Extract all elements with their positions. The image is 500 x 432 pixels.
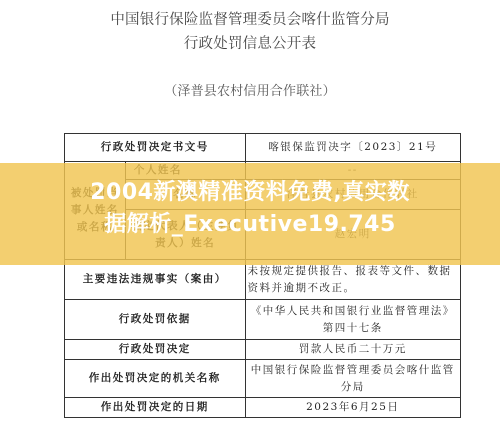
penalty-basis-value: 《中华人民共和国银行业监督管理法》第四十七条: [245, 300, 460, 340]
table-row: 作出处罚决定的日期 2023年6月25日: [65, 398, 461, 418]
table-row: 作出处罚决定的机关名称 中国银行保险监督管理委员会喀什监管分局: [65, 360, 461, 398]
decision-number-value: 喀银保监罚决字〔2023〕21号: [245, 134, 460, 162]
decision-date-value: 2023年6月25日: [245, 398, 460, 418]
table-row: 主要违法违规事实（案由） 未按规定提供报告、报表等文件、数据资料并逾期不改正。: [65, 260, 461, 300]
table-row: 行政处罚决定 罚款人民币二十万元: [65, 340, 461, 360]
issuing-authority-value: 中国银行保险监督管理委员会喀什监管分局: [245, 360, 460, 398]
penalty-basis-label: 行政处罚依据: [65, 300, 246, 340]
decision-number-label: 行政处罚决定书文号: [65, 134, 246, 162]
violation-facts-label: 主要违法违规事实（案由）: [65, 260, 246, 300]
decision-date-label: 作出处罚决定的日期: [65, 398, 246, 418]
document-title-form: 行政处罚信息公开表: [0, 32, 500, 53]
table-row: 行政处罚决定书文号 喀银保监罚决字〔2023〕21号: [65, 134, 461, 162]
violation-facts-value: 未按规定提供报告、报表等文件、数据资料并逾期不改正。: [245, 260, 460, 300]
watermark-text-line2: 据解析_Executive19.745: [0, 207, 500, 238]
table-row: 行政处罚依据 《中华人民共和国银行业监督管理法》第四十七条: [65, 300, 461, 340]
penalty-decision-label: 行政处罚决定: [65, 340, 246, 360]
document-title-agency: 中国银行保险监督管理委员会喀什监管分局: [0, 8, 500, 29]
penalized-entity-subtitle: （泽普县农村信用合作联社）: [0, 80, 500, 99]
watermark-text-line1: 2004新澳精准资料免费,真实数: [0, 175, 500, 206]
issuing-authority-label: 作出处罚决定的机关名称: [65, 360, 246, 398]
penalty-decision-value: 罚款人民币二十万元: [245, 340, 460, 360]
